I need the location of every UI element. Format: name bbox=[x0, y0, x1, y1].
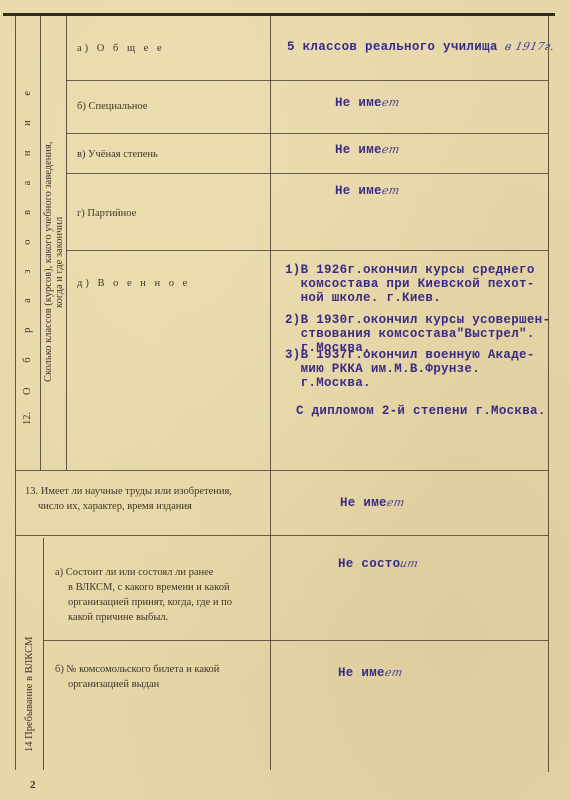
row-divider-12a bbox=[66, 80, 548, 81]
military-diploma: С дипломом 2-й степени г.Москва. bbox=[296, 404, 546, 418]
section12-number: 12. bbox=[22, 412, 33, 425]
military-item-3: 3)В 1937г.окончил военную Акаде- мию РКК… bbox=[285, 348, 535, 390]
page-number: 2 bbox=[30, 779, 36, 791]
row-label-military: д) В о е н н о е bbox=[77, 278, 190, 289]
question-b-line1: б) № комсомольского билета и какой bbox=[55, 664, 219, 675]
section12-title-divider bbox=[40, 15, 41, 470]
answer-general: 5 классов реального училища в 1917г. bbox=[287, 40, 555, 54]
row-divider-12d bbox=[66, 250, 548, 251]
section13-question-line1: 13. Имеет ли научные труды или изобретен… bbox=[25, 486, 232, 497]
left-outer-border bbox=[15, 15, 16, 770]
section13-question-line2: число их, характер, время издания bbox=[25, 499, 232, 514]
top-rule bbox=[3, 13, 555, 16]
answer-komsomol-card: Не имеет bbox=[338, 666, 402, 680]
section12-title: О б р а з о в а н и е bbox=[22, 80, 33, 395]
question-a-line1: а) Состоит ли или состоял ли ранее bbox=[55, 567, 213, 578]
question-a-line3: организацией принят, когда, где и по bbox=[55, 595, 232, 610]
section13-bottom bbox=[15, 535, 548, 536]
handwritten-ending: ет bbox=[380, 184, 400, 197]
row-label-degree: в) Учёная степень bbox=[77, 149, 158, 160]
row-divider-14a bbox=[43, 640, 548, 641]
row-label-party: г) Партийное bbox=[77, 208, 136, 219]
section12-question-divider bbox=[66, 15, 67, 470]
answer-vlksm-text: Не состо bbox=[338, 557, 400, 571]
answer-vlksm-membership: Не состоит bbox=[338, 557, 419, 571]
answer-scientific-text: Не име bbox=[340, 496, 387, 510]
section12-question-line1: Сколько классов (курсов), какого учебног… bbox=[43, 142, 54, 382]
row-divider-12b bbox=[66, 133, 548, 134]
handwritten-ending: ит bbox=[399, 557, 420, 570]
handwritten-ending: ет bbox=[380, 96, 400, 109]
answer-degree: Не имеет bbox=[335, 143, 399, 157]
answer-general-text: 5 классов реального училища bbox=[287, 40, 498, 54]
section12-bottom bbox=[15, 470, 548, 471]
handwritten-year: в 1917г. bbox=[504, 40, 556, 53]
answer-special-text: Не име bbox=[335, 96, 382, 110]
military-item-1: 1)В 1926г.окончил курсы среднего комсост… bbox=[285, 263, 535, 305]
handwritten-ending: ет bbox=[380, 143, 400, 156]
answer-party-text: Не име bbox=[335, 184, 382, 198]
answer-komsomol-text: Не име bbox=[338, 666, 385, 680]
row-label-special: б) Специальное bbox=[77, 101, 147, 112]
question-b-line2: организацией выдан bbox=[55, 677, 219, 692]
section12-question-line2: когда и где закончил bbox=[54, 217, 65, 308]
question-a-line2: в ВЛКСМ, с какого времени и какой bbox=[55, 580, 232, 595]
section14-question-a: а) Состоит ли или состоял ли ранее в ВЛК… bbox=[55, 565, 232, 625]
right-border bbox=[548, 15, 549, 772]
answer-party: Не имеет bbox=[335, 184, 399, 198]
center-divider bbox=[270, 15, 271, 770]
row-divider-12c bbox=[66, 173, 548, 174]
question-a-line4: какой причине выбыл. bbox=[55, 610, 232, 625]
answer-special: Не имеет bbox=[335, 96, 399, 110]
answer-scientific-works: Не имеет bbox=[340, 496, 404, 510]
handwritten-ending: ет bbox=[383, 666, 403, 679]
section14-question-b: б) № комсомольского билета и какой орган… bbox=[55, 662, 219, 692]
section13-question: 13. Имеет ли научные труды или изобретен… bbox=[25, 484, 232, 514]
row-label-general: а) О б щ е е bbox=[77, 43, 165, 54]
section14-title-divider bbox=[43, 538, 44, 770]
section14-title: 14 Пребывание в ВЛКСМ bbox=[24, 637, 35, 752]
handwritten-ending: ет bbox=[385, 496, 405, 509]
answer-degree-text: Не име bbox=[335, 143, 382, 157]
